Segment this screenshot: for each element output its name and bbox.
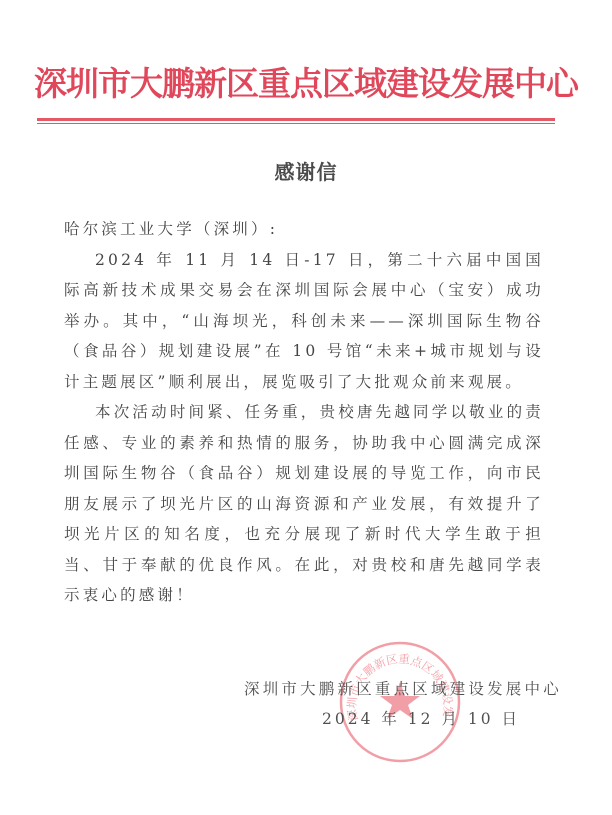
letterhead-divider-thin	[37, 123, 555, 124]
paragraph-1: 2024 年 11 月 14 日-17 日，第二十六届中国国际高新技术成果交易会…	[64, 245, 544, 398]
paragraph-2: 本次活动时间紧、任务重，贵校唐先越同学以敬业的责任感、专业的素养和热情的服务，协…	[64, 397, 544, 611]
letterhead-divider-thick	[37, 118, 555, 121]
salutation: 哈尔滨工业大学（深圳）:	[64, 214, 544, 245]
letter-title: 感谢信	[0, 156, 612, 185]
official-seal: 深圳市大鹏新区重点区域建设发展中心	[338, 640, 462, 764]
signature-date: 2024 年 12 月 10 日	[322, 707, 520, 729]
signature: 深圳市大鹏新区重点区域建设发展中心	[244, 677, 562, 699]
letterhead-title: 深圳市大鹏新区重点区域建设发展中心	[0, 58, 612, 105]
letter-body: 哈尔滨工业大学（深圳）: 2024 年 11 月 14 日-17 日，第二十六届…	[64, 214, 544, 611]
